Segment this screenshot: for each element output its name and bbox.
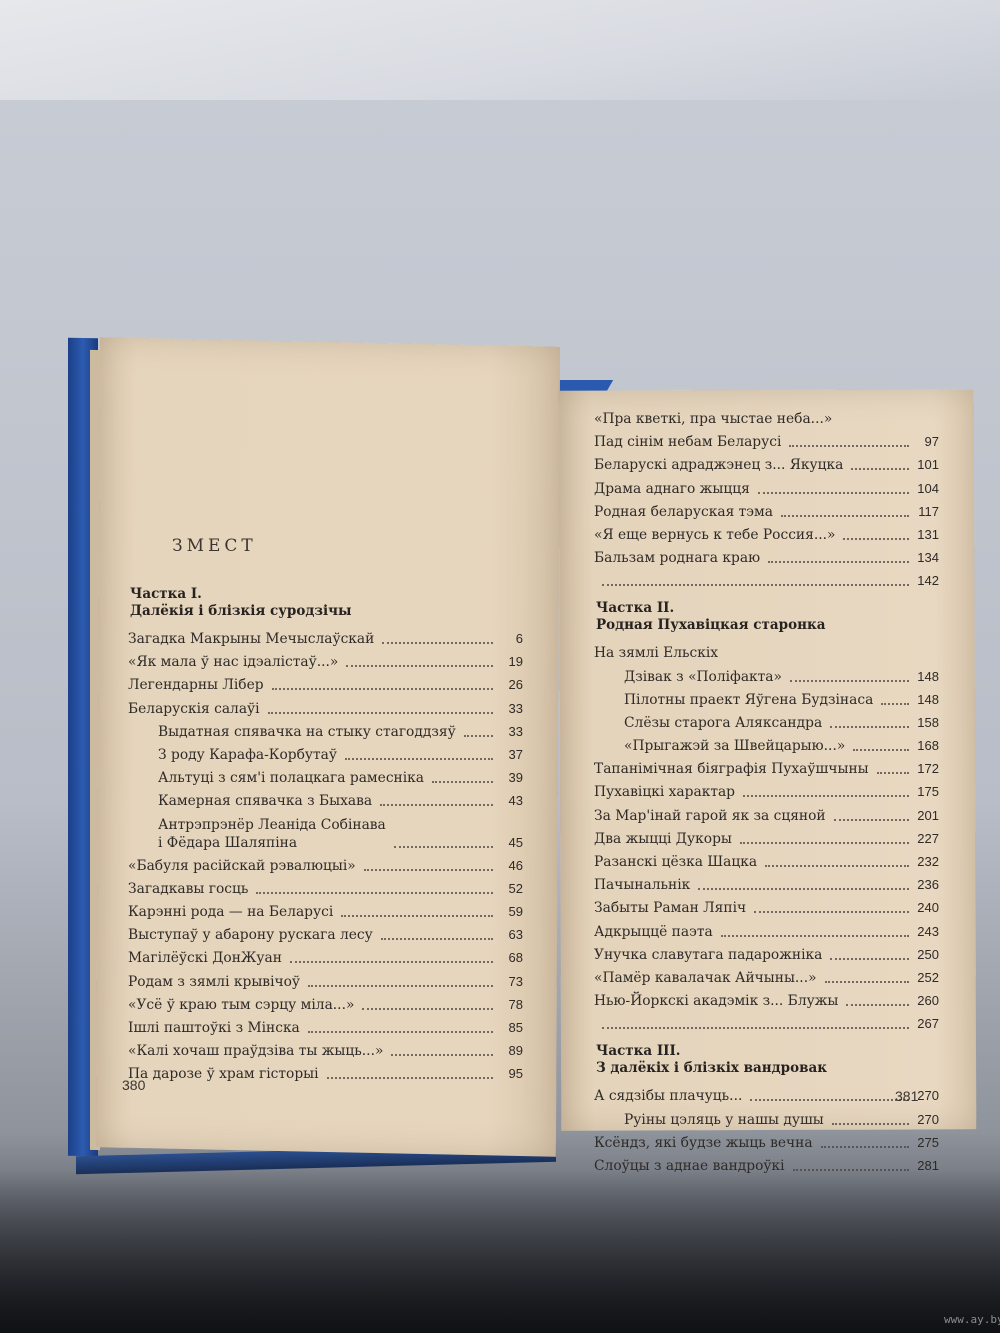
entry-page: 33 (497, 700, 523, 718)
dot-leader (830, 726, 909, 728)
dot-leader (290, 961, 493, 963)
entry-page: 43 (497, 792, 523, 810)
toc-heading: ЗМЕСТ (172, 536, 523, 556)
toc-entry: «Пра кветкі, пра чыстае неба...» (594, 410, 939, 428)
entry-title: «Калі хочаш праўдзіва ты жыць...» (128, 1042, 383, 1060)
page-number-right: 381 (895, 1088, 918, 1104)
entry-page: 243 (913, 923, 939, 941)
watermark: www.ay.by (944, 1313, 1000, 1326)
dot-leader (790, 680, 909, 682)
toc-entry: Забыты Раман Ляпіч240 (594, 899, 939, 917)
toc-entry: Карэнні рода — на Беларусі59 (128, 903, 523, 921)
entry-title: Два жыцці Дукоры (594, 830, 732, 848)
toc-entry: Родная беларуская тэма117 (594, 503, 939, 521)
dot-leader (758, 492, 909, 494)
entry-title: Родная беларуская тэма (594, 503, 773, 521)
entry-title: Загадка Макрыны Мечыслаўскай (128, 630, 374, 648)
dot-leader (391, 1054, 493, 1056)
entry-page: 175 (913, 783, 939, 801)
toc-entry: «Памёр кавалачак Айчыны...»252 (594, 969, 939, 987)
entry-title: Карэнні рода — на Беларусі (128, 903, 333, 921)
toc-subentry: Пілотны праект Яўгена Будзінаса148 (594, 691, 939, 709)
entry-title: Унучка славутага падарожніка (594, 946, 822, 964)
entry-title: Магілёўскі ДонЖуан (128, 949, 282, 967)
toc-entry: Ксёндз, які будзе жыць вечна275 (594, 1134, 939, 1152)
toc-entry: 267 (594, 1015, 939, 1033)
dot-leader (381, 938, 493, 940)
toc-entry: Разанскі цёзка Шацка232 (594, 853, 939, 871)
entry-title: Пачынальнік (594, 876, 690, 894)
entry-title: Па дарозе ў храм гісторыі (128, 1065, 319, 1083)
entry-page: 148 (913, 691, 939, 709)
entry-title: Адкрыццё паэта (594, 923, 713, 941)
entry-page: 275 (913, 1134, 939, 1152)
entry-page: 158 (913, 714, 939, 732)
toc-entry: Магілёўскі ДонЖуан68 (128, 949, 523, 967)
entry-page: 236 (913, 876, 939, 894)
entry-title: Драма аднаго жыцця (594, 480, 750, 498)
entry-title: Родам з зямлі крывічоў (128, 973, 300, 991)
toc-subentry: Дзівак з «Поліфакта»148 (594, 668, 939, 686)
entry-title: «Як мала ў нас ідэалістаў...» (128, 653, 338, 671)
entry-title: Руіны цэляць у нашы душы (624, 1111, 824, 1129)
entry-title: Выступаў у абарону рускага лесу (128, 926, 373, 944)
toc-entry: Пачынальнік236 (594, 876, 939, 894)
toc-entry: 142 (594, 572, 939, 590)
toc-right-column: «Пра кветкі, пра чыстае неба...» Пад сін… (594, 410, 939, 1180)
dot-leader (843, 538, 909, 540)
toc-entry: Выступаў у абарону рускага лесу63 (128, 926, 523, 944)
toc-entry: Бальзам роднага краю134 (594, 549, 939, 567)
entry-title: Антрэпрэнёр Леаніда Собінава і Фёдара Ша… (158, 816, 386, 852)
entry-title: Дзівак з «Поліфакта» (624, 668, 782, 686)
toc-entry: «Калі хочаш праўдзіва ты жыць...»89 (128, 1042, 523, 1060)
entry-page: 6 (497, 630, 523, 648)
entry-page: 78 (497, 996, 523, 1014)
dot-leader (380, 804, 493, 806)
part-label: Частка II. (596, 600, 939, 617)
toc-entry: Нью-Йоркскі акадэмік з... Блужы260 (594, 992, 939, 1010)
toc-entry: За Мар'інай гарой як за сцяной201 (594, 807, 939, 825)
part-heading: Частка III. З далёкіх і блізкіх вандрова… (596, 1043, 939, 1077)
entry-page: 52 (497, 880, 523, 898)
entry-title: «Памёр кавалачак Айчыны...» (594, 969, 817, 987)
dot-leader (851, 468, 909, 470)
dot-leader (765, 865, 909, 867)
dot-leader (740, 842, 909, 844)
toc-subentry: Антрэпрэнёр Леаніда Собінава і Фёдара Ша… (128, 816, 523, 852)
dot-leader (362, 1008, 493, 1010)
toc-entry: Родам з зямлі крывічоў73 (128, 973, 523, 991)
entry-page: 33 (497, 723, 523, 741)
entry-page: 19 (497, 653, 523, 671)
wall-background (0, 0, 1000, 100)
entry-page: 104 (913, 480, 939, 498)
toc-entry: Беларускія салаўі33 (128, 700, 523, 718)
entry-title: Пад сінім небам Беларусі (594, 433, 781, 451)
toc-subentry: Руіны цэляць у нашы душы270 (594, 1111, 939, 1129)
dot-leader (432, 781, 493, 783)
entry-title: Легендарны Лібер (128, 676, 264, 694)
dot-leader (743, 795, 909, 797)
toc-entry: На зямлі Ельскіх (594, 644, 939, 662)
toc-entry: Беларускі адраджэнец з... Якуцка101 (594, 456, 939, 474)
toc-entry: «Як мала ў нас ідэалістаў...»19 (128, 653, 523, 671)
dot-leader (846, 1004, 909, 1006)
entry-page: 85 (497, 1019, 523, 1037)
toc-entry: «Я еще вернусь к тебе Россия...»131 (594, 526, 939, 544)
entry-title: На зямлі Ельскіх (594, 644, 718, 662)
entry-page: 59 (497, 903, 523, 921)
dot-leader (464, 735, 493, 737)
entry-page: 95 (497, 1065, 523, 1083)
dot-leader (268, 712, 493, 714)
part-label: Частка I. (130, 586, 523, 603)
toc-entry: Адкрыццё паэта243 (594, 923, 939, 941)
toc-subentry: Альтуці з сям'і полацкага рамесніка39 (128, 769, 523, 787)
dot-leader (825, 981, 909, 983)
dot-leader (830, 958, 909, 960)
toc-subentry: Выдатная спявачка на стыку стагоддзяў33 (128, 723, 523, 741)
part-title: З далёкіх і блізкіх вандровак (596, 1060, 939, 1077)
entry-page: 101 (913, 456, 939, 474)
dot-leader (768, 561, 909, 563)
entry-title: «Я еще вернусь к тебе Россия...» (594, 526, 835, 544)
entry-title: Бальзам роднага краю (594, 549, 760, 567)
entry-title: Загадкавы госць (128, 880, 248, 898)
dot-leader (602, 584, 909, 586)
entry-page: 97 (913, 433, 939, 451)
entry-title: Беларускі адраджэнец з... Якуцка (594, 456, 843, 474)
dot-leader (308, 985, 493, 987)
dot-leader (881, 703, 909, 705)
dot-leader (821, 1146, 909, 1148)
toc-entry: Пухавіцкі характар175 (594, 783, 939, 801)
entry-title: Беларускія салаўі (128, 700, 260, 718)
dot-leader (781, 515, 909, 517)
entry-title: «Прыгажэй за Швейцарыю...» (624, 737, 845, 755)
dot-leader (327, 1077, 493, 1079)
part-title: Родная Пухавіцкая старонка (596, 617, 939, 634)
entry-page: 240 (913, 899, 939, 917)
dot-leader (308, 1031, 493, 1033)
entry-page: 201 (913, 807, 939, 825)
page-number-left: 380 (122, 1077, 145, 1093)
entry-title: Пухавіцкі характар (594, 783, 735, 801)
entry-page: 63 (497, 926, 523, 944)
dot-leader (345, 758, 493, 760)
toc-subentry: «Прыгажэй за Швейцарыю...»168 (594, 737, 939, 755)
toc-entry: Загадка Макрыны Мечыслаўскай6 (128, 630, 523, 648)
entry-title: Тапанімічная біяграфія Пухаўшчыны (594, 760, 869, 778)
entry-page: 148 (913, 668, 939, 686)
entry-title: Нью-Йоркскі акадэмік з... Блужы (594, 992, 838, 1010)
toc-entry: Легендарны Лібер26 (128, 676, 523, 694)
entry-page: 39 (497, 769, 523, 787)
entry-page: 89 (497, 1042, 523, 1060)
entry-page: 168 (913, 737, 939, 755)
toc-left-column: ЗМЕСТ Частка I. Далёкія і блізкія суродз… (128, 530, 523, 1089)
toc-entry: Тапанімічная біяграфія Пухаўшчыны172 (594, 760, 939, 778)
entry-title: А сядзібы плачуць... (594, 1087, 742, 1105)
dot-leader (602, 1027, 909, 1029)
toc-entry: Унучка славутага падарожніка250 (594, 946, 939, 964)
toc-subentry: Камерная спявачка з Быхава43 (128, 792, 523, 810)
entry-page: 270 (913, 1111, 939, 1129)
dot-leader (272, 688, 493, 690)
entry-page: 46 (497, 857, 523, 875)
part-title: Далёкія і блізкія суродзічы (130, 603, 523, 620)
entry-title: «Пра кветкі, пра чыстае неба...» (594, 410, 832, 428)
toc-entry: Два жыцці Дукоры227 (594, 830, 939, 848)
dot-leader (698, 888, 909, 890)
entry-page: 142 (913, 572, 939, 590)
windowsill-shadow (0, 1170, 1000, 1333)
dot-leader (832, 1123, 909, 1125)
part-label: Частка III. (596, 1043, 939, 1060)
entry-page: 260 (913, 992, 939, 1010)
entry-page: 227 (913, 830, 939, 848)
dot-leader (364, 869, 493, 871)
entry-title: Слёзы старога Аляксандра (624, 714, 822, 732)
entry-title: Ішлі паштоўкі з Мінска (128, 1019, 300, 1037)
toc-entry: «Усё ў краю тым сэрцу міла...»78 (128, 996, 523, 1014)
part-heading: Частка II. Родная Пухавіцкая старонка (596, 600, 939, 634)
entry-page: 45 (497, 834, 523, 852)
toc-subentry: З роду Карафа-Корбутаў37 (128, 746, 523, 764)
part-heading: Частка I. Далёкія і блізкія суродзічы (130, 586, 523, 620)
dot-leader (853, 749, 909, 751)
entry-page: 267 (913, 1015, 939, 1033)
toc-entry: А сядзібы плачуць...270 (594, 1087, 939, 1105)
entry-page: 172 (913, 760, 939, 778)
dot-leader (256, 892, 493, 894)
entry-page: 131 (913, 526, 939, 544)
entry-title: Пілотны праект Яўгена Будзінаса (624, 691, 873, 709)
toc-entry: «Бабуля расійскай рэвалюцыі»46 (128, 857, 523, 875)
entry-title: Выдатная спявачка на стыку стагоддзяў (158, 723, 456, 741)
entry-page: 252 (913, 969, 939, 987)
entry-title: Альтуці з сям'і полацкага рамесніка (158, 769, 424, 787)
toc-entry: Загадкавы госць52 (128, 880, 523, 898)
toc-entry: Пад сінім небам Беларусі97 (594, 433, 939, 451)
entry-page: 37 (497, 746, 523, 764)
toc-subentry: Слёзы старога Аляксандра158 (594, 714, 939, 732)
dot-leader (341, 915, 493, 917)
entry-page: 232 (913, 853, 939, 871)
entry-page: 73 (497, 973, 523, 991)
entry-page: 134 (913, 549, 939, 567)
entry-title: Ксёндз, які будзе жыць вечна (594, 1134, 813, 1152)
toc-entry: Драма аднаго жыцця104 (594, 480, 939, 498)
dot-leader (394, 846, 493, 848)
toc-entry: Ішлі паштоўкі з Мінска85 (128, 1019, 523, 1037)
entry-page: 117 (913, 503, 939, 521)
dot-leader (382, 642, 493, 644)
dot-leader (346, 665, 493, 667)
entry-title: Забыты Раман Ляпіч (594, 899, 746, 917)
entry-title: З роду Карафа-Корбутаў (158, 746, 337, 764)
dot-leader (750, 1099, 909, 1101)
entry-page: 68 (497, 949, 523, 967)
entry-title: «Бабуля расійскай рэвалюцыі» (128, 857, 356, 875)
entry-title: «Усё ў краю тым сэрцу міла...» (128, 996, 354, 1014)
entry-title: Разанскі цёзка Шацка (594, 853, 757, 871)
dot-leader (877, 772, 909, 774)
entry-page: 26 (497, 676, 523, 694)
dot-leader (789, 445, 909, 447)
entry-page: 250 (913, 946, 939, 964)
entry-title: Камерная спявачка з Быхава (158, 792, 372, 810)
dot-leader (754, 911, 909, 913)
dot-leader (721, 935, 909, 937)
dot-leader (834, 819, 909, 821)
toc-entry: Па дарозе ў храм гісторыі95 (128, 1065, 523, 1083)
entry-title: За Мар'інай гарой як за сцяной (594, 807, 826, 825)
